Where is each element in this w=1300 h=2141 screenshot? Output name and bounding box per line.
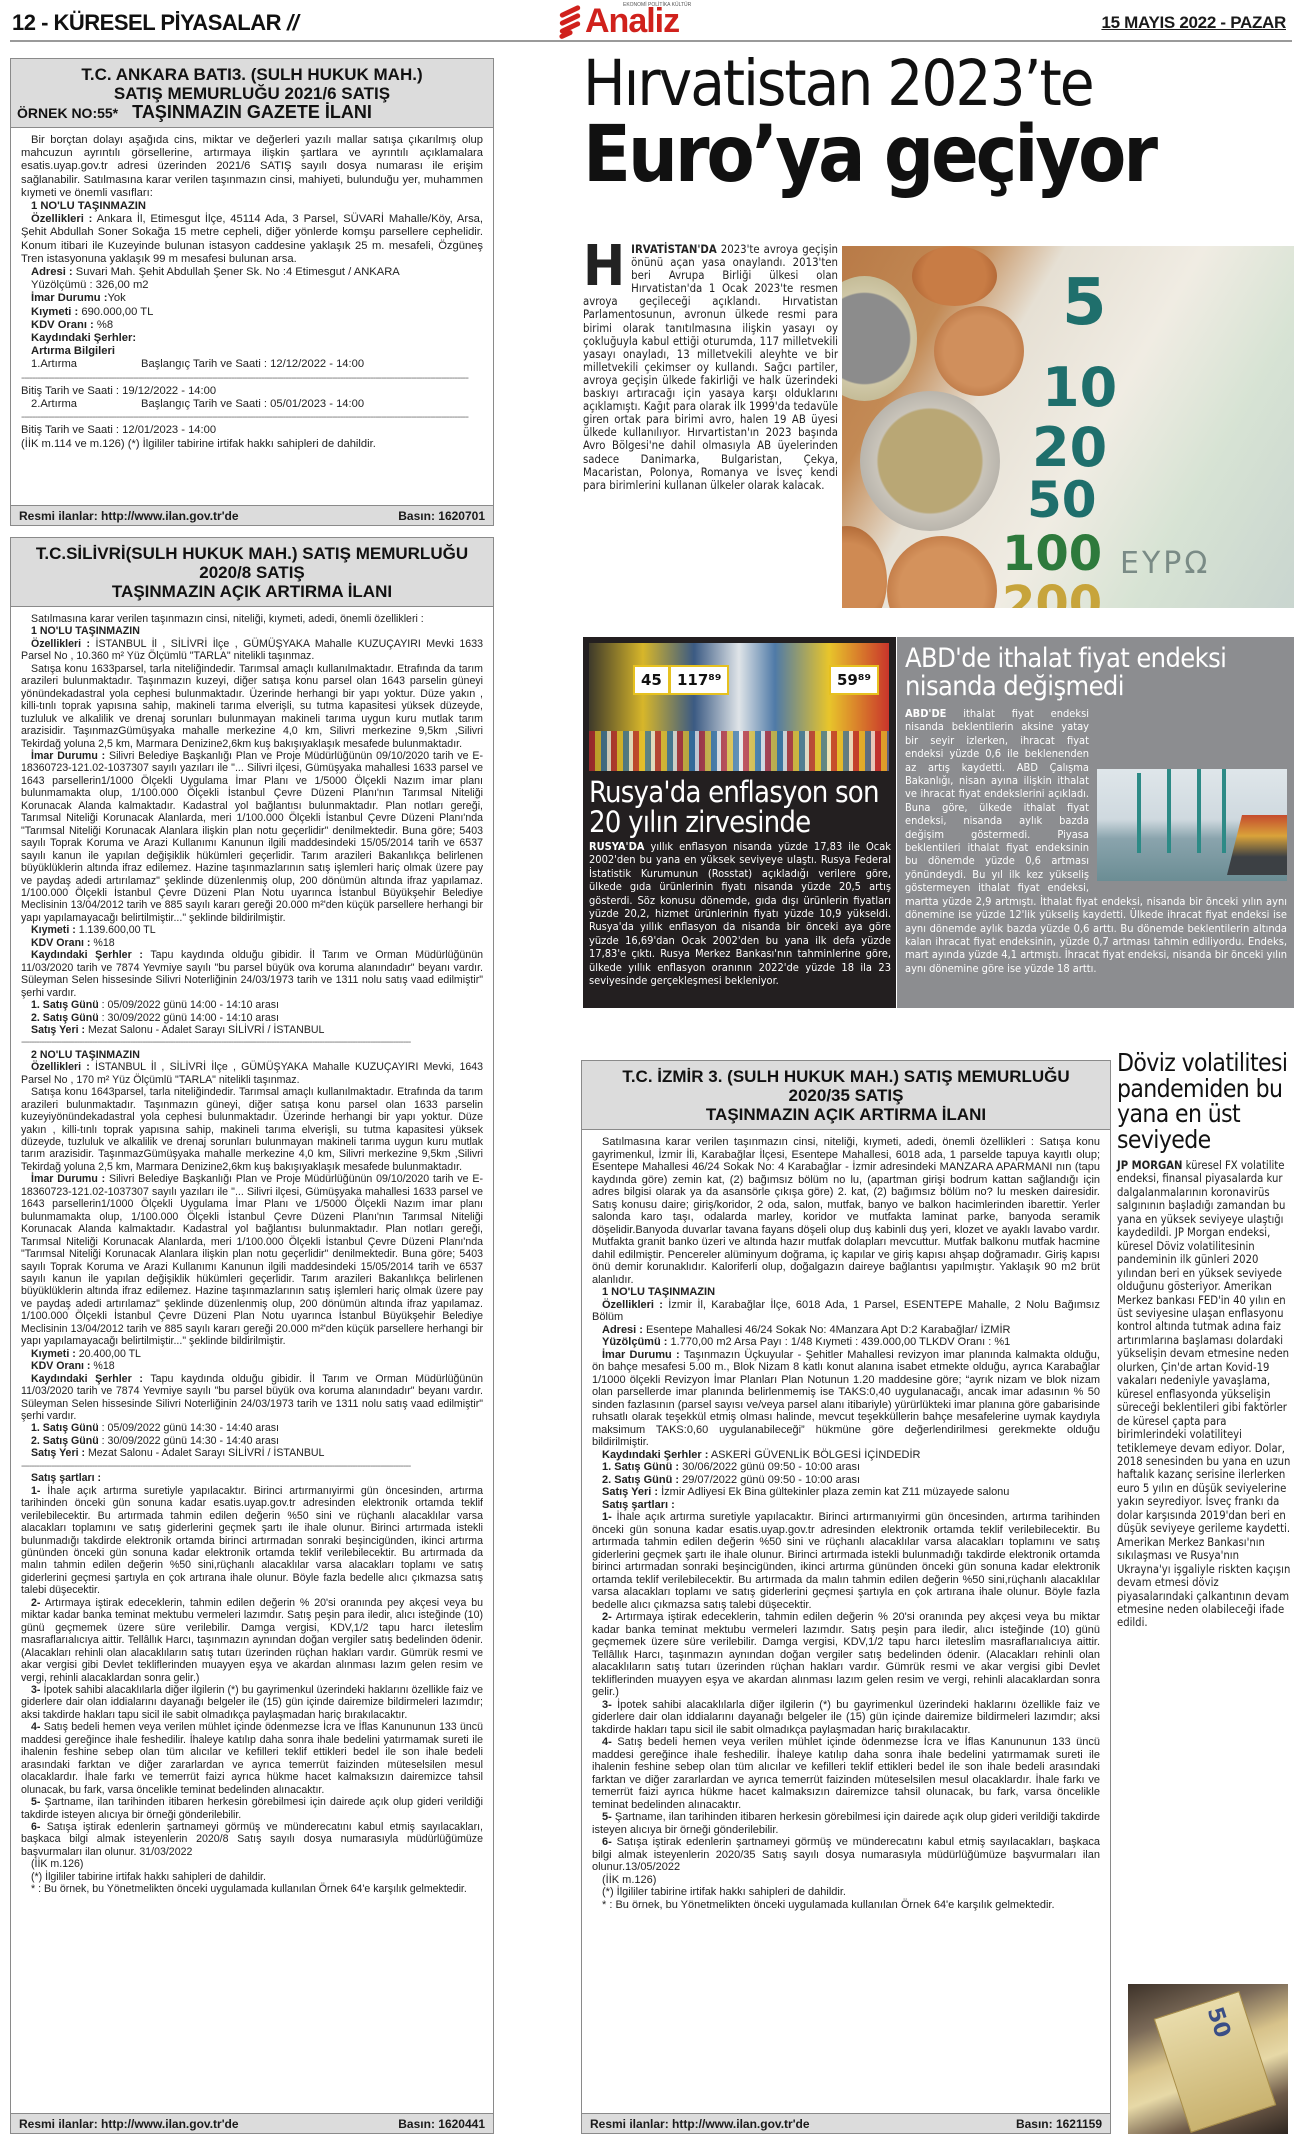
ankara-legal-notice: T.C. ANKARA BATI3. (SULH HUKUK MAH.) SAT… [10, 58, 494, 526]
label: 1. Satış Günü : [602, 1461, 679, 1473]
body-text: yıllık enflasyon nisanda yüzde 17,83 ile… [589, 840, 891, 987]
label: Kaydındaki Şerhler : [31, 949, 143, 961]
term-text: Satışa iştirak edenlerin şartnameyi görm… [21, 1821, 483, 1858]
masthead: 12 - KÜRESEL PİYASALAR// EKONOMİ POLİTİK… [0, 0, 1300, 42]
label: Adresi : [31, 266, 73, 278]
banknote-50-label: 50 [1027, 471, 1097, 529]
izmir-legal-notice: T.C. İZMİR 3. (SULH HUKUK MAH.) SATIŞ ME… [581, 1060, 1111, 2134]
term-text: Satış bedeli hemen veya verilen mühlet i… [592, 1736, 1100, 1811]
label: 1. Satış Günü [31, 1422, 99, 1434]
label: İmar Durumu : [31, 1173, 105, 1185]
closing-note: (*) İlgililer tabirine irtifak hakkı sah… [592, 1886, 1100, 1899]
intro-paragraph: Bir borçtan dolayı aşağıda cins, miktar … [21, 134, 483, 200]
press-number: Basın: 1621159 [1016, 2117, 1102, 2131]
banknote-label: 50 [1202, 2004, 1235, 2041]
title-line: 2020/35 SATIŞ [590, 1086, 1102, 1105]
label: 1. Satış Günü [31, 999, 99, 1011]
label: KDV Oranı : [31, 937, 90, 949]
auction-label: 2.Artırma [31, 398, 141, 411]
label: Kıymeti : [31, 924, 76, 936]
usa-import-price-article: ABD'de ithalat fiyat endeksi nisanda değ… [897, 637, 1294, 1008]
area-text: 1.770,00 m2 Arsa Payı : 1/48 Kıymeti : 4… [670, 1336, 1010, 1348]
term-text: İpotek sahibi alacaklılarla diğer ilgile… [21, 1684, 483, 1721]
press-number: Basın: 1620441 [398, 2117, 485, 2131]
term-number: 3- [31, 1684, 40, 1696]
zoning-text: Silivri Belediye Başkanlığı Plan ve Proj… [21, 1173, 483, 1347]
banknote-5-label: 5 [1062, 266, 1107, 340]
headline-line-1: Hırvatistan 2023’te [583, 52, 1293, 116]
auction-2-end: Bitiş Tarih ve Saati : 12/01/2023 - 14:0… [21, 424, 483, 437]
sale-date: 30/09/2022 günü 14:30 - 14:40 arası [108, 1435, 279, 1447]
description: Satışa konu 1633parsel, tarla niteliğind… [21, 663, 483, 750]
notice-body: Bir borçtan dolayı aşağıda cins, miktar … [11, 128, 493, 455]
lead-bold: JP MORGAN [1117, 1159, 1182, 1172]
main-headline: Hırvatistan 2023’te Euro’ya geçiyor [583, 52, 1293, 194]
address-text: Suvari Mah. Şehit Abdullah Şener Sk. No … [76, 266, 400, 278]
coin-icon [887, 536, 997, 608]
shelf-products [589, 731, 889, 771]
term-text: Satış bedeli hemen veya verilen mühlet i… [21, 1721, 483, 1795]
label: Özellikleri : [31, 1061, 90, 1073]
logo-tagline: EKONOMİ POLİTİKA KÜLTÜR [623, 2, 691, 8]
lead-bold: ABD'DE [905, 707, 946, 720]
term-number: 2- [31, 1597, 40, 1609]
label: İmar Durumu : [31, 292, 107, 304]
banknote-20-label: 20 [1032, 416, 1107, 479]
label: Kıymeti : [31, 306, 78, 318]
header-divider [10, 40, 1292, 42]
newspaper-logo: EKONOMİ POLİTİKA KÜLTÜR Analiz [555, 4, 679, 38]
terms-heading: Satış şartları : [21, 1472, 483, 1484]
term-number: 5- [602, 1811, 612, 1823]
sample-number: ÖRNEK NO:55* [17, 104, 118, 123]
auction-1-row: 1.ArtırmaBaşlangıç Tarih ve Saati : 12/1… [21, 358, 483, 371]
price-tag: 45 [633, 665, 670, 695]
usa-article-body: ABD'DE ithalat fiyat endeksi nisanda bek… [905, 707, 1287, 975]
silivri-legal-notice: T.C.SİLİVRİ(SULH HUKUK MAH.) SATIŞ MEMUR… [10, 537, 494, 2134]
label: KDV Oranı : [31, 319, 94, 331]
notice-title: T.C. ANKARA BATI3. (SULH HUKUK MAH.) SAT… [11, 59, 493, 128]
croatia-article-body: HIRVATİSTAN'DA 2023'te avroya geçişin ön… [583, 243, 838, 492]
title-line: TAŞINMAZIN AÇIK ARTIRMA İLANI [590, 1105, 1102, 1124]
notice-footer: Resmi ilanlar: http://www.ilan.gov.tr'de… [11, 2113, 493, 2133]
features-text: İzmir İl, Karabağlar İlçe, 6018 Ada, 1 P… [592, 1299, 1100, 1324]
label: KDV Oranı : [31, 1360, 90, 1372]
label: Kıymeti : [31, 1348, 76, 1360]
label: Özellikleri : [31, 638, 90, 650]
dashed-divider: ----------------------------------------… [21, 411, 483, 424]
sale-place: Mezat Salonu - Adalet Sarayı SİLİVRİ / İ… [88, 1024, 325, 1036]
term-number: 4- [31, 1721, 40, 1733]
usa-article-title: ABD'de ithalat fiyat endeksi nisanda değ… [905, 645, 1290, 701]
title-line: TAŞINMAZIN AÇIK ARTIRMA İLANI [19, 582, 485, 601]
auction-start: Başlangıç Tarih ve Saati : 12/12/2022 - … [141, 358, 364, 371]
lead-bold: IRVATİSTAN'DA [631, 243, 717, 256]
notice-title: T.C.SİLİVRİ(SULH HUKUK MAH.) SATIŞ MEMUR… [11, 538, 493, 607]
term-text: İpotek sahibi alacaklılarla diğer ilgile… [592, 1699, 1100, 1736]
auction-label: 1.Artırma [31, 358, 141, 371]
banknote-icon: 50 [1154, 1991, 1277, 2133]
closing-note: (*) İlgililer tabirine irtifak hakkı sah… [21, 1871, 483, 1883]
sale-date: 29/07/2022 günü 09:50 - 10:00 arası [682, 1474, 860, 1486]
zoning-text: Taşınmazın Üçkuyular - Şehitler Mahalles… [592, 1349, 1100, 1449]
notice-title: T.C. İZMİR 3. (SULH HUKUK MAH.) SATIŞ ME… [582, 1061, 1110, 1130]
annotations-label: Kaydındaki Şerhler: [21, 332, 483, 345]
zoning-text: Yok [107, 292, 125, 304]
sale-date: 30/09/2022 günü 14:00 - 14:10 arası [108, 1012, 279, 1024]
footnote: (İİK m.114 ve m.126) (*) İlgililer tabir… [21, 438, 483, 451]
russia-article-title: Rusya'da enflasyon son 20 yılın zirvesin… [589, 777, 889, 837]
russia-inflation-article: 45 117⁸⁹ 59⁸⁹ Rusya'da enflasyon son 20 … [583, 637, 896, 1008]
notice-body: Satılmasına karar verilen taşınmazın cin… [11, 607, 493, 1900]
cash-in-hand-photo: 50 [1128, 1984, 1288, 2134]
term-text: Artırmaya iştirak edeceklerin, tahmin ed… [592, 1611, 1100, 1698]
issue-date: 15 MAYIS 2022 - PAZAR [1101, 13, 1286, 33]
section-title: 12 - KÜRESEL PİYASALAR [12, 10, 281, 35]
two-euro-coin-icon [860, 391, 1000, 531]
dashed-divider: ----------------------------------------… [21, 1036, 483, 1048]
dashed-divider: ----------------------------------------… [21, 372, 483, 385]
vat-text: %18 [93, 1360, 114, 1372]
label: Kaydındaki Şerhler : [31, 1373, 143, 1385]
press-number: Basın: 1620701 [398, 509, 485, 523]
sale-place: İzmir Adliyesi Ek Bina gültekinler plaza… [661, 1486, 1009, 1498]
property-heading: 1 NO'LU TAŞINMAZIN [21, 625, 483, 637]
sale-date: 30/06/2022 günü 09:50 - 10:00 arası [682, 1461, 860, 1473]
euro-coins-banknotes-photo: 5 10 20 50 100 200 ΕΥΡΩ [842, 246, 1294, 608]
features-text: İSTANBUL İl , SİLİVRİ İlçe , GÜMÜŞYAKA M… [21, 1061, 483, 1085]
vat-text: %8 [97, 319, 113, 331]
label: Özellikleri : [31, 213, 92, 225]
banknote-100-label: 100 [1002, 526, 1102, 582]
price-tag: 59⁸⁹ [829, 665, 879, 695]
zoning-text: Silivri Belediye Başkanlığı Plan ve Proj… [21, 750, 483, 924]
label: Yüzölçümü : [602, 1336, 667, 1348]
sale-date: 05/09/2022 günü 14:00 - 14:10 arası [108, 999, 279, 1011]
intro-paragraph: Satılmasına karar verilen taşınmazın cin… [21, 613, 483, 625]
term-number: 1- [602, 1511, 612, 1523]
auction-2-row: 2.ArtırmaBaşlangıç Tarih ve Saati : 05/0… [21, 398, 483, 411]
sale-date: 05/09/2022 günü 14:30 - 14:40 arası [108, 1422, 279, 1434]
title-line: SATIŞ MEMURLUĞU 2021/6 SATIŞ [19, 84, 485, 103]
notice-body: Satılmasına karar verilen taşınmazın cin… [582, 1130, 1110, 1915]
property-heading: 1 NO'LU TAŞINMAZIN [592, 1286, 1100, 1299]
term-number: 6- [31, 1821, 40, 1833]
annotations-text: ASKERİ GÜVENLİK BÖLGESİ İÇİNDEDİR [711, 1449, 921, 1461]
fx-article-title: Döviz volatilitesi pandemiden bu yana en… [1117, 1050, 1295, 1152]
area-text: Yüzölçümü : 326,00 m2 [21, 279, 483, 292]
body-text: küresel FX volatilite endeksi, finansal … [1117, 1159, 1290, 1629]
drop-cap: H [583, 243, 625, 289]
label: Satış Yeri : [602, 1486, 658, 1498]
value-text: 20.400,00 TL [79, 1348, 141, 1360]
label: Satış Yeri : [31, 1024, 85, 1036]
vat-text: %18 [93, 937, 114, 949]
label: İmar Durumu : [31, 750, 105, 762]
lead-bold: RUSYA'DA [589, 840, 644, 853]
intro-paragraph: Satılmasına karar verilen taşınmazın cin… [592, 1136, 1100, 1286]
notice-footer: Resmi ilanlar: http://www.ilan.gov.tr'de… [582, 2113, 1110, 2133]
closing-reference: (İİK m.126) [21, 1858, 483, 1870]
property-heading: 1 NO'LU TAŞINMAZIN [21, 200, 483, 213]
title-line: 2020/8 SATIŞ [19, 563, 485, 582]
fx-article-body: JP MORGAN küresel FX volatilite endeksi,… [1117, 1159, 1295, 1630]
value-text: 690.000,00 TL [81, 306, 153, 318]
auction-1-end: Bitiş Tarih ve Saati : 19/12/2022 - 14:0… [21, 385, 483, 398]
russia-article-body: RUSYA'DA yıllık enflasyon nisanda yüzde … [589, 840, 891, 987]
term-text: İhale açık artırma suretiyle yapılacaktı… [592, 1511, 1100, 1611]
term-number: 5- [31, 1796, 40, 1808]
logo-swirl-icon [555, 5, 585, 37]
title-line: T.C.SİLİVRİ(SULH HUKUK MAH.) SATIŞ MEMUR… [19, 544, 485, 563]
banknote-200-label: 200 [1002, 576, 1102, 608]
coin-icon [934, 306, 1024, 396]
closing-reference: (İİK m.126) [592, 1874, 1100, 1887]
description: Satışa konu 1643parsel, tarla niteliğind… [21, 1086, 483, 1173]
term-number: 1- [31, 1485, 40, 1497]
title-line: T.C. İZMİR 3. (SULH HUKUK MAH.) SATIŞ ME… [590, 1067, 1102, 1086]
property-heading: 2 NO'LU TAŞINMAZIN [21, 1049, 483, 1061]
terms-heading: Satış şartları : [592, 1499, 1100, 1512]
coin-icon [912, 246, 997, 306]
label: Kaydındaki Şerhler : [602, 1449, 708, 1461]
term-text: Şartname, ilan tarihinden itibaren herke… [592, 1811, 1100, 1836]
official-notices-link[interactable]: Resmi ilanlar: http://www.ilan.gov.tr'de [590, 2117, 810, 2131]
official-notices-link[interactable]: Resmi ilanlar: http://www.ilan.gov.tr'de [19, 509, 239, 523]
label: 2. Satış Günü [31, 1012, 99, 1024]
value-text: 1.139.600,00 TL [79, 924, 156, 936]
term-text: Satışa iştirak edenlerin şartnameyi görm… [592, 1836, 1100, 1873]
auction-info-label: Artırma Bilgileri [21, 345, 483, 358]
closing-note: * : Bu örnek, bu Yönetmelikten önceki uy… [592, 1899, 1100, 1912]
closing-note: * : Bu örnek, bu Yönetmelikten önceki uy… [21, 1883, 483, 1895]
headline-line-2: Euro’ya geçiyor [583, 116, 1293, 194]
coin-icon [842, 276, 917, 401]
term-number: 6- [602, 1836, 612, 1848]
notice-footer: Resmi ilanlar: http://www.ilan.gov.tr'de… [11, 505, 493, 525]
term-number: 2- [602, 1611, 612, 1623]
term-text: Şartname, ilan tarihinden itibaren herke… [21, 1796, 483, 1820]
fx-volatility-article: Döviz volatilitesi pandemiden bu yana en… [1117, 1050, 1295, 1630]
term-number: 4- [602, 1736, 612, 1748]
price-tag: 117⁸⁹ [669, 665, 729, 695]
address-text: Esentepe Mahallesi 46/24 Sokak No: 4Manz… [646, 1324, 1010, 1336]
term-number: 3- [602, 1699, 612, 1711]
features-text: İSTANBUL İl , SİLİVRİ İlçe , GÜMÜŞYAKA M… [21, 638, 483, 662]
auction-start: Başlangıç Tarih ve Saati : 05/01/2023 - … [141, 398, 364, 411]
label: 2. Satış Günü : [602, 1474, 679, 1486]
title-line: T.C. ANKARA BATI3. (SULH HUKUK MAH.) [19, 65, 485, 84]
banknote-greek-label: ΕΥΡΩ [1120, 546, 1210, 581]
section-slashes: // [287, 10, 298, 35]
banknote-10-label: 10 [1042, 356, 1117, 419]
coin-icon [842, 526, 887, 608]
label: Satış Yeri : [31, 1447, 85, 1459]
section-label: 12 - KÜRESEL PİYASALAR// [12, 10, 298, 36]
label: 2. Satış Günü [31, 1435, 99, 1447]
label: İmar Durumu : [602, 1349, 680, 1361]
label: Adresi : [602, 1324, 643, 1336]
supermarket-photo: 45 117⁸⁹ 59⁸⁹ [589, 643, 889, 771]
dashed-divider: ----------------------------------------… [21, 1460, 483, 1472]
official-notices-link[interactable]: Resmi ilanlar: http://www.ilan.gov.tr'de [19, 2117, 239, 2131]
term-text: Artırmaya iştirak edeceklerin, tahmin ed… [21, 1597, 483, 1684]
label: Özellikleri : [602, 1299, 663, 1311]
container-port-photo [1097, 769, 1287, 881]
sale-place: Mezat Salonu - Adalet Sarayı SİLİVRİ / İ… [88, 1447, 325, 1459]
term-text: İhale açık artırma suretiyle yapılacaktı… [21, 1485, 483, 1597]
